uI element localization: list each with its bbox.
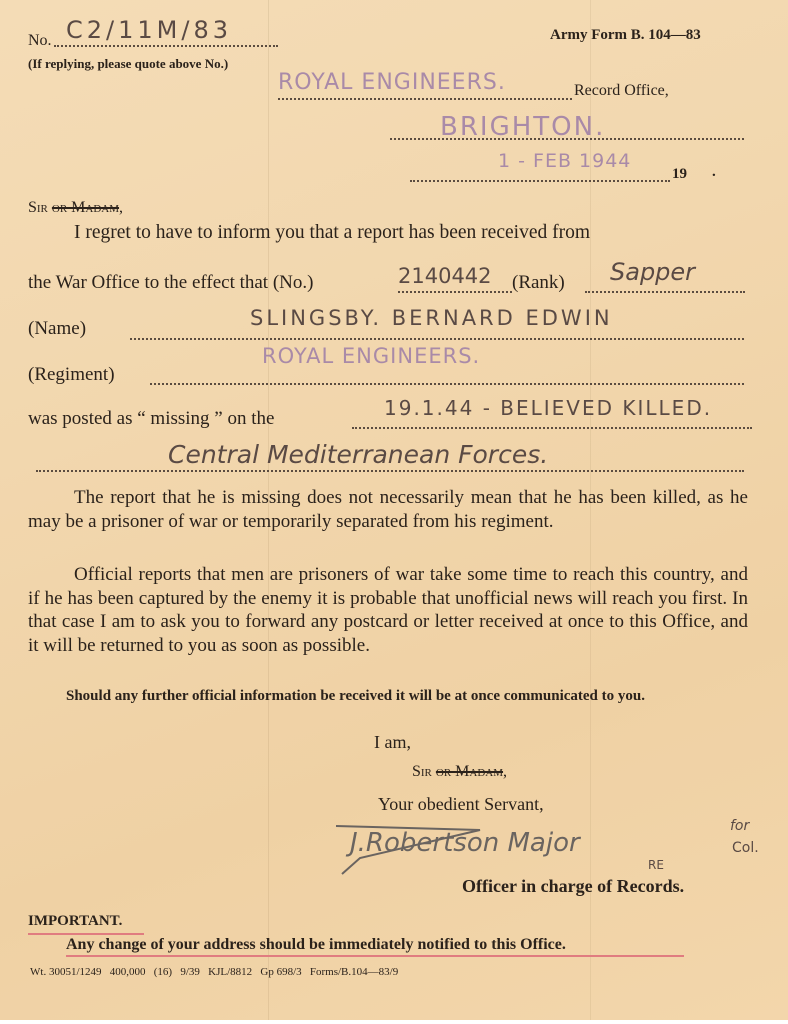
insert-note-re: RE [648, 858, 664, 872]
closing-salutation: Sir or Madam, [412, 763, 507, 781]
missing-label: was posted as “ missing ” on the [28, 408, 274, 430]
important-text: Any change of your address should be imm… [66, 936, 566, 954]
reference-number-value: C2/11M/83 [66, 16, 232, 44]
missing-date-value: 19.1.44 - BELIEVED KILLED. [384, 396, 712, 420]
salutation-or-madam-struck: or Madam [52, 199, 119, 216]
salutation: Sir or Madam, [28, 199, 123, 217]
place-line [390, 138, 744, 140]
location-value: Central Mediterranean Forces. [168, 440, 548, 469]
reference-number-label: No. [28, 32, 52, 50]
closing-comma: , [503, 763, 507, 780]
closing-sir: Sir [412, 763, 432, 780]
rank-value: Sapper [610, 258, 695, 286]
regiment-label: (Regiment) [28, 364, 115, 386]
year-suffix: . [712, 164, 716, 181]
intro-line-2: the War Office to the effect that (No.) [28, 272, 313, 294]
signature-flourish-icon [330, 818, 490, 878]
closing-servant: Your obedient Servant, [378, 794, 544, 815]
rank-label: (Rank) [512, 272, 565, 294]
paper-document: No. C2/11M/83 (If replying, please quote… [0, 0, 788, 1020]
paragraph-text: The report that he is missing does not n… [28, 487, 748, 532]
reference-number-line [54, 45, 278, 47]
service-number-line [398, 291, 512, 293]
print-code: Wt. 30051/1249 400,000 (16) 9/39 KJL/881… [30, 966, 398, 978]
important-text-underline [66, 955, 684, 957]
salutation-sir: Sir [28, 199, 48, 216]
col-note: Col. [732, 840, 759, 856]
regiment-stamp: ROYAL ENGINEERS. [262, 344, 480, 368]
name-value: SLINGSBY. BERNARD EDWIN [250, 306, 613, 330]
paragraph-missing-explanation: The report that he is missing does not n… [28, 486, 748, 533]
office-line [278, 98, 572, 100]
date-stamp: 1 - FEB 1944 [498, 150, 631, 172]
location-line [36, 470, 744, 472]
paragraph-prisoner-info: Official reports that men are prisoners … [28, 563, 748, 657]
reply-note: (If replying, please quote above No.) [28, 56, 228, 72]
rank-line [585, 291, 745, 293]
record-office-label: Record Office, [574, 82, 669, 100]
closing-i-am: I am, [374, 732, 411, 753]
officer-line: Officer in charge of Records. [462, 876, 684, 897]
name-label: (Name) [28, 318, 86, 340]
closing-or-madam-struck: or Madam [436, 763, 503, 780]
important-label: IMPORTANT. [28, 913, 122, 930]
intro-line-1: I regret to have to inform you that a re… [74, 222, 590, 244]
service-number-value: 2140442 [398, 264, 492, 288]
office-stamp: ROYAL ENGINEERS. [278, 70, 506, 95]
form-id: Army Form B. 104—83 [550, 27, 701, 44]
paragraph-text: Should any further official information … [66, 688, 645, 704]
important-underline [28, 933, 144, 935]
missing-line [352, 427, 752, 429]
paragraph-text: Official reports that men are prisoners … [28, 564, 748, 656]
year-prefix: 19 [672, 166, 687, 183]
for-note: for [730, 818, 749, 834]
paragraph-further-info: Should any further official information … [28, 686, 748, 707]
name-line [130, 338, 744, 340]
date-line [410, 180, 670, 182]
salutation-comma: , [119, 199, 123, 216]
regiment-line [150, 383, 744, 385]
